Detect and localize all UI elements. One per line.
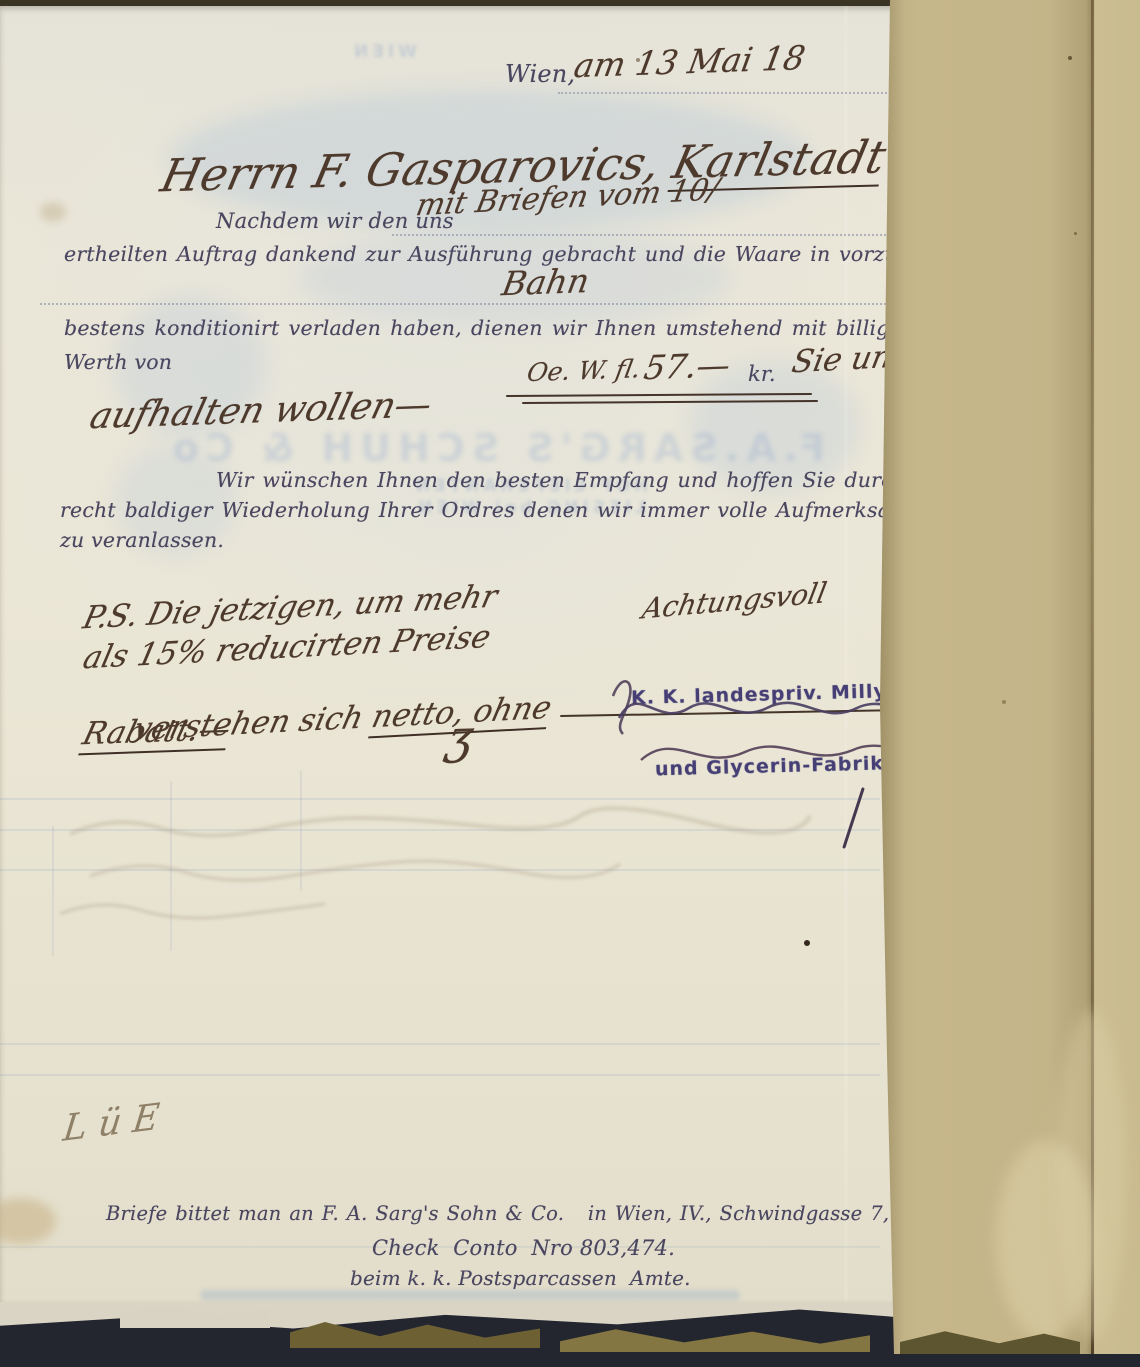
dateline-date-handwritten: am 13 Mai 18	[571, 38, 808, 85]
ps-line4-handwritten: Rabatt.—	[78, 711, 234, 755]
paper-stain	[0, 1198, 56, 1244]
page-roll-highlight	[1056, 1010, 1126, 1340]
ghost-footer-writing	[200, 1290, 740, 1300]
torn-fragment	[560, 1328, 870, 1352]
footer-check-conto-line: Check Conto Nro 803,474.	[372, 1236, 675, 1260]
scanned-letter-photo: WIEN F.A.SARG'S SCHUH & Co HOF-LIEFERANT…	[0, 0, 1140, 1367]
amount-value-handwritten: 57.—	[641, 345, 733, 387]
ghost-text-company: F.A.SARG'S SCHUH & Co	[235, 426, 825, 470]
footer-postsparcassen-line: beim k. k. Postsparcassen Amte.	[350, 1266, 691, 1290]
ghost-grid-line	[52, 826, 54, 956]
body-p2-line1: Wir wünschen Ihnen den besten Empfang un…	[216, 468, 942, 492]
letter-sheet: WIEN F.A.SARG'S SCHUH & Co HOF-LIEFERANT…	[0, 6, 942, 1302]
body-p1-line4: Werth von	[64, 350, 172, 374]
footer-address-line: Briefe bittet man an F. A. Sarg's Sohn &…	[106, 1202, 942, 1225]
body-p1-line3: bestens konditionirt verladen haben, die…	[64, 316, 942, 340]
page-speck	[1002, 700, 1006, 704]
amount-unit: kr.	[748, 362, 776, 386]
page-speck	[1068, 56, 1072, 60]
fill-rule-2	[40, 303, 942, 305]
torn-fragment	[290, 1322, 540, 1348]
dateline-city: Wien,	[505, 60, 575, 88]
pencil-note: L ü E	[61, 1096, 162, 1150]
ink-dot	[804, 940, 810, 946]
page-speck	[1074, 232, 1077, 235]
body-p2-line2: recht baldiger Wiederholung Ihrer Ordres…	[60, 498, 942, 522]
paper-stain	[40, 202, 66, 222]
body-transport-handwritten: Bahn	[499, 261, 592, 303]
addressee-line-handwritten: Herrn F. Gasparovics, Karlstadt	[59, 77, 903, 258]
body-p2-line3: zu veranlassen.	[60, 528, 224, 552]
ghost-text-wien: WIEN	[350, 42, 417, 62]
ghost-grid-line	[0, 1074, 880, 1076]
amount-currency-prefix: Oe. W. fl.	[525, 354, 643, 387]
fill-rule-1	[392, 234, 942, 236]
body-p1-line2: ertheilten Auftrag dankend zur Ausführun…	[64, 242, 942, 266]
ghost-grid-line	[0, 1043, 880, 1045]
valediction-handwritten: Achtungsvoll	[639, 576, 829, 626]
overlay-book-page	[878, 0, 1140, 1354]
